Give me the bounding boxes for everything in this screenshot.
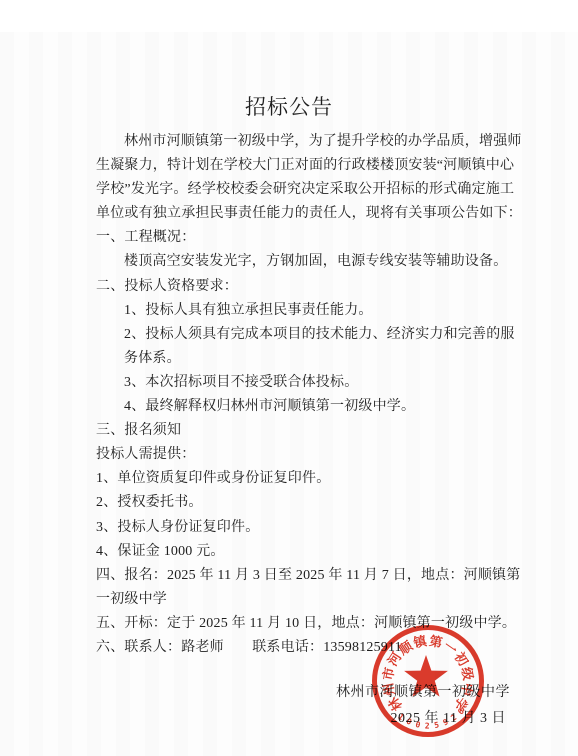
document-line: 一初级中学 bbox=[96, 588, 578, 612]
document-line: 1、投标人具有独立承担民事责任能力。 bbox=[96, 299, 578, 323]
document-line: 4、保证金 1000 元。 bbox=[96, 540, 578, 564]
document-page: 招标公告 林州市河顺镇第一初级中学，为了提升学校的办学品质，增强师生凝聚力，特计… bbox=[0, 0, 578, 756]
document-line: 1、单位资质复印件或身份证复印件。 bbox=[96, 467, 578, 491]
document-line: 4、最终解释权归林州市河顺镇第一初级中学。 bbox=[96, 395, 578, 419]
document-line: 单位或有独立承担民事责任能力的责任人，现将有关事项公告如下： bbox=[96, 202, 578, 226]
signature-block: 林州市河顺镇第一初级中学 2025 年 11 月 3 日 bbox=[0, 682, 578, 731]
document-title: 招标公告 bbox=[0, 0, 578, 121]
signature-date: 2025 年 11 月 3 日 bbox=[0, 707, 510, 731]
signature-org: 林州市河顺镇第一初级中学 bbox=[0, 682, 510, 704]
document-line: 林州市河顺镇第一初级中学，为了提升学校的办学品质，增强师 bbox=[96, 130, 578, 154]
document-line: 三、报名须知 bbox=[96, 419, 578, 443]
document-line: 五、开标：定于 2025 年 11 月 10 日，地点：河顺镇第一初级中学。 bbox=[96, 612, 578, 636]
document-line: 投标人需提供： bbox=[96, 443, 578, 467]
document-line: 二、投标人资格要求： bbox=[96, 275, 578, 299]
document-line: 2、投标人须具有完成本项目的技术能力、经济实力和完善的服 bbox=[96, 323, 578, 347]
document-line: 六、联系人：路老师 联系电话：13598125911 bbox=[96, 636, 578, 660]
document-line: 生凝聚力，特计划在学校大门正对面的行政楼楼顶安装“河顺镇中心 bbox=[96, 154, 578, 178]
document-line: 四、报名：2025 年 11 月 3 日至 2025 年 11 月 7 日，地点… bbox=[96, 564, 578, 588]
document-body: 林州市河顺镇第一初级中学，为了提升学校的办学品质，增强师生凝聚力，特计划在学校大… bbox=[0, 121, 578, 660]
document-line: 2、授权委托书。 bbox=[96, 491, 578, 515]
document-line: 务体系。 bbox=[96, 347, 578, 371]
document-line: 3、本次招标项目不接受联合体投标。 bbox=[96, 371, 578, 395]
document-line: 楼顶高空安装发光字，方钢加固，电源专线安装等辅助设备。 bbox=[96, 250, 578, 274]
document-line: 3、投标人身份证复印件。 bbox=[96, 516, 578, 540]
document-line: 学校”发光字。经学校校委会研究决定采取公开招标的形式确定施工 bbox=[96, 178, 578, 202]
document-line: 一、工程概况： bbox=[96, 226, 578, 250]
